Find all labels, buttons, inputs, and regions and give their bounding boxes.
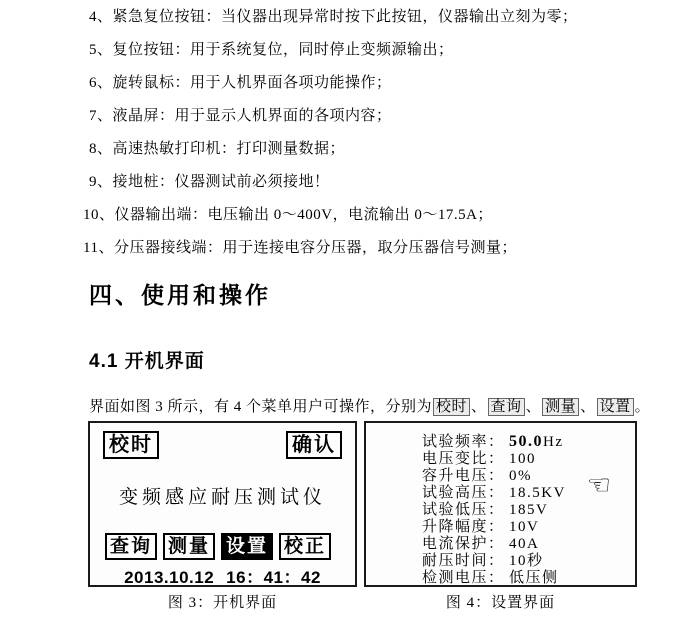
- separator: 、: [580, 399, 596, 415]
- list-item-10: 10、仪器输出端：电压输出 0～400V，电流输出 0～17.5A；: [83, 207, 678, 223]
- measure-button: 测量: [163, 533, 215, 560]
- menu-chip-celiang: 测量: [542, 398, 579, 416]
- setting-unit: Hz: [543, 434, 564, 450]
- confirm-button: 确认: [286, 431, 342, 459]
- setting-value: 185V: [509, 502, 548, 518]
- separator: 、: [471, 399, 487, 415]
- setting-value: 10秒: [509, 553, 544, 569]
- setting-value: 0%: [509, 468, 532, 484]
- menu-chip-shezhi: 设置: [597, 398, 634, 416]
- figure4-settings-screen: 试验频率：50.0Hz 电压变比：100 容升电压：0% 试验高压：18.5KV…: [364, 421, 637, 587]
- menu-chip-jiaoshi: 校时: [433, 398, 470, 416]
- list-item-7: 7、液晶屏：用于显示人机界面的各项内容；: [89, 108, 678, 124]
- list-item-6: 6、旋转鼠标：用于人机界面各项功能操作；: [89, 75, 678, 91]
- intro-paragraph: 界面如图 3 所示，有 4 个菜单用户可操作，分别为校时、查询、测量、设置。: [89, 398, 678, 417]
- figure3-boot-screen: 校时 确认 变频感应耐压测试仪 查询 测量 设置 校正 2013.10.1216…: [88, 421, 357, 587]
- figure3-caption: 图 3：开机界面: [88, 591, 357, 612]
- date-value: 2013.10.12: [124, 568, 214, 587]
- device-title: 变频感应耐压测试仪: [103, 482, 342, 509]
- pointing-hand-icon: ☜: [587, 472, 611, 499]
- subsection-heading: 4.1 开机界面: [89, 352, 678, 372]
- setting-row-current-protection: 电流保护：40A: [422, 536, 635, 553]
- section-heading: 四、使用和操作: [89, 283, 678, 307]
- setting-label: 检测电压：: [422, 570, 509, 587]
- setting-row-withstand-time: 耐压时间：10秒: [422, 553, 635, 570]
- setting-value: 100: [509, 451, 536, 467]
- time-set-button: 校时: [103, 431, 159, 459]
- setting-value: 低压侧: [509, 570, 559, 586]
- setting-value: 40A: [509, 536, 539, 552]
- calibrate-button: 校正: [279, 533, 331, 560]
- setting-label: 试验低压：: [422, 502, 509, 519]
- setting-row-voltage-ratio: 电压变比：100: [422, 451, 635, 468]
- setting-row-detect-voltage: 检测电压：低压侧: [422, 570, 635, 587]
- figure4: 试验频率：50.0Hz 电压变比：100 容升电压：0% 试验高压：18.5KV…: [364, 421, 637, 612]
- setting-label: 试验频率：: [422, 434, 509, 451]
- setting-value: 10V: [509, 519, 539, 535]
- setting-row-frequency: 试验频率：50.0Hz: [422, 433, 635, 451]
- separator: 、: [526, 399, 542, 415]
- query-button: 查询: [105, 533, 157, 560]
- intro-text: 界面如图 3 所示，有 4 个菜单用户可操作，分别为: [89, 399, 432, 415]
- figure3: 校时 确认 变频感应耐压测试仪 查询 测量 设置 校正 2013.10.1216…: [88, 421, 357, 612]
- list-item-4: 4、紧急复位按钮：当仪器出现异常时按下此按钮，仪器输出立刻为零；: [89, 9, 678, 25]
- boot-screen-top-row: 校时 确认: [103, 431, 342, 459]
- setting-label: 试验高压：: [422, 485, 509, 502]
- list-item-8: 8、高速热敏打印机：打印测量数据；: [89, 141, 678, 157]
- setting-label: 电流保护：: [422, 536, 509, 553]
- settings-button: 设置: [221, 533, 273, 560]
- list-item-5: 5、复位按钮：用于系统复位，同时停止变频源输出；: [89, 42, 678, 58]
- list-item-11: 11、分压器接线端：用于连接电容分压器，取分压器信号测量；: [83, 240, 678, 256]
- setting-label: 电压变比：: [422, 451, 509, 468]
- datetime-display: 2013.10.1216：41：42: [103, 563, 342, 588]
- setting-label: 耐压时间：: [422, 553, 509, 570]
- setting-row-test-low-voltage: 试验低压：185V: [422, 502, 635, 519]
- setting-label: 升降幅度：: [422, 519, 509, 536]
- figures-row: 校时 确认 变频感应耐压测试仪 查询 测量 设置 校正 2013.10.1216…: [88, 421, 678, 612]
- manual-page: 4、紧急复位按钮：当仪器出现异常时按下此按钮，仪器输出立刻为零； 5、复位按钮：…: [0, 0, 678, 623]
- setting-value: 18.5KV: [509, 485, 566, 501]
- feature-list: 4、紧急复位按钮：当仪器出现异常时按下此按钮，仪器输出立刻为零； 5、复位按钮：…: [0, 0, 678, 256]
- time-value: 16：41：42: [226, 568, 321, 587]
- setting-label: 容升电压：: [422, 468, 509, 485]
- list-item-9: 9、接地桩：仪器测试前必须接地！: [89, 174, 678, 190]
- menu-chip-chaxun: 查询: [488, 398, 525, 416]
- period: 。: [635, 399, 651, 415]
- setting-row-test-high-voltage: 试验高压：18.5KV☜: [422, 485, 635, 502]
- setting-row-step-amplitude: 升降幅度：10V: [422, 519, 635, 536]
- setting-value: 50.0: [509, 433, 543, 450]
- boot-screen-menu-row: 查询 测量 设置 校正: [105, 533, 342, 560]
- figure4-caption: 图 4：设置界面: [364, 591, 637, 612]
